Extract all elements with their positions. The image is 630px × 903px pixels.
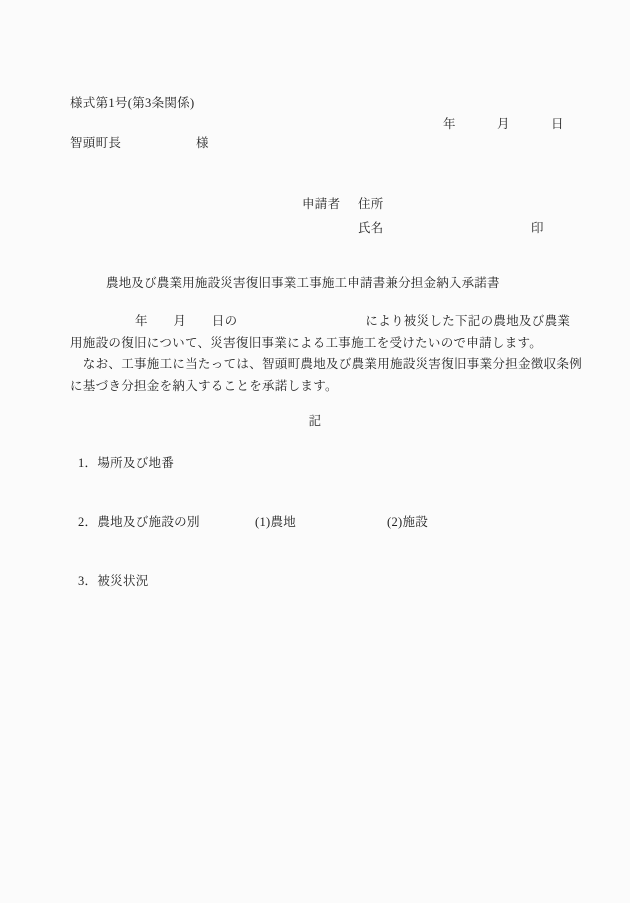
list-item-category-option-farmland: (1)農地 bbox=[255, 513, 296, 531]
list-item-category: 2．農地及び施設の別 bbox=[78, 513, 200, 531]
addressee-honorific: 様 bbox=[196, 134, 209, 152]
applicant-name-label: 氏名 bbox=[358, 219, 384, 237]
body-paragraph1-line1: 年 月 日の により被災した下記の農地及び農業 bbox=[135, 312, 570, 330]
body-paragraph2-line2: に基づき分担金を納入することを承諾します。 bbox=[70, 377, 338, 395]
date-day-label: 日 bbox=[551, 115, 564, 133]
form-number: 様式第1号(第3条関係) bbox=[70, 94, 194, 112]
list-heading-ki: 記 bbox=[0, 412, 630, 430]
body-paragraph1-line2: 用施設の復旧について、災害復旧事業による工事施工を受けたいので申請します。 bbox=[70, 334, 542, 352]
list-item-damage-status: 3．被災状況 bbox=[78, 572, 149, 590]
applicant-label: 申請者 bbox=[302, 195, 340, 213]
applicant-address-label: 住所 bbox=[358, 195, 384, 213]
date-year-label: 年 bbox=[443, 115, 456, 133]
body-paragraph2-line1: なお、工事施工に当たっては、智頭町農地及び農業用施設災害復旧事業分担金徴収条例 bbox=[70, 355, 582, 373]
date-month-label: 月 bbox=[497, 115, 510, 133]
document-title: 農地及び農業用施設災害復旧事業工事施工申請書兼分担金納入承諾書 bbox=[106, 274, 500, 292]
list-item-location: 1．場所及び地番 bbox=[78, 454, 174, 472]
document-page: 様式第1号(第3条関係) 年 月 日 智頭町長 様 申請者 住所 氏名 印 農地… bbox=[0, 0, 630, 903]
addressee-name: 智頭町長 bbox=[70, 134, 121, 152]
seal-label: 印 bbox=[531, 219, 544, 237]
list-item-category-option-facility: (2)施設 bbox=[387, 513, 428, 531]
